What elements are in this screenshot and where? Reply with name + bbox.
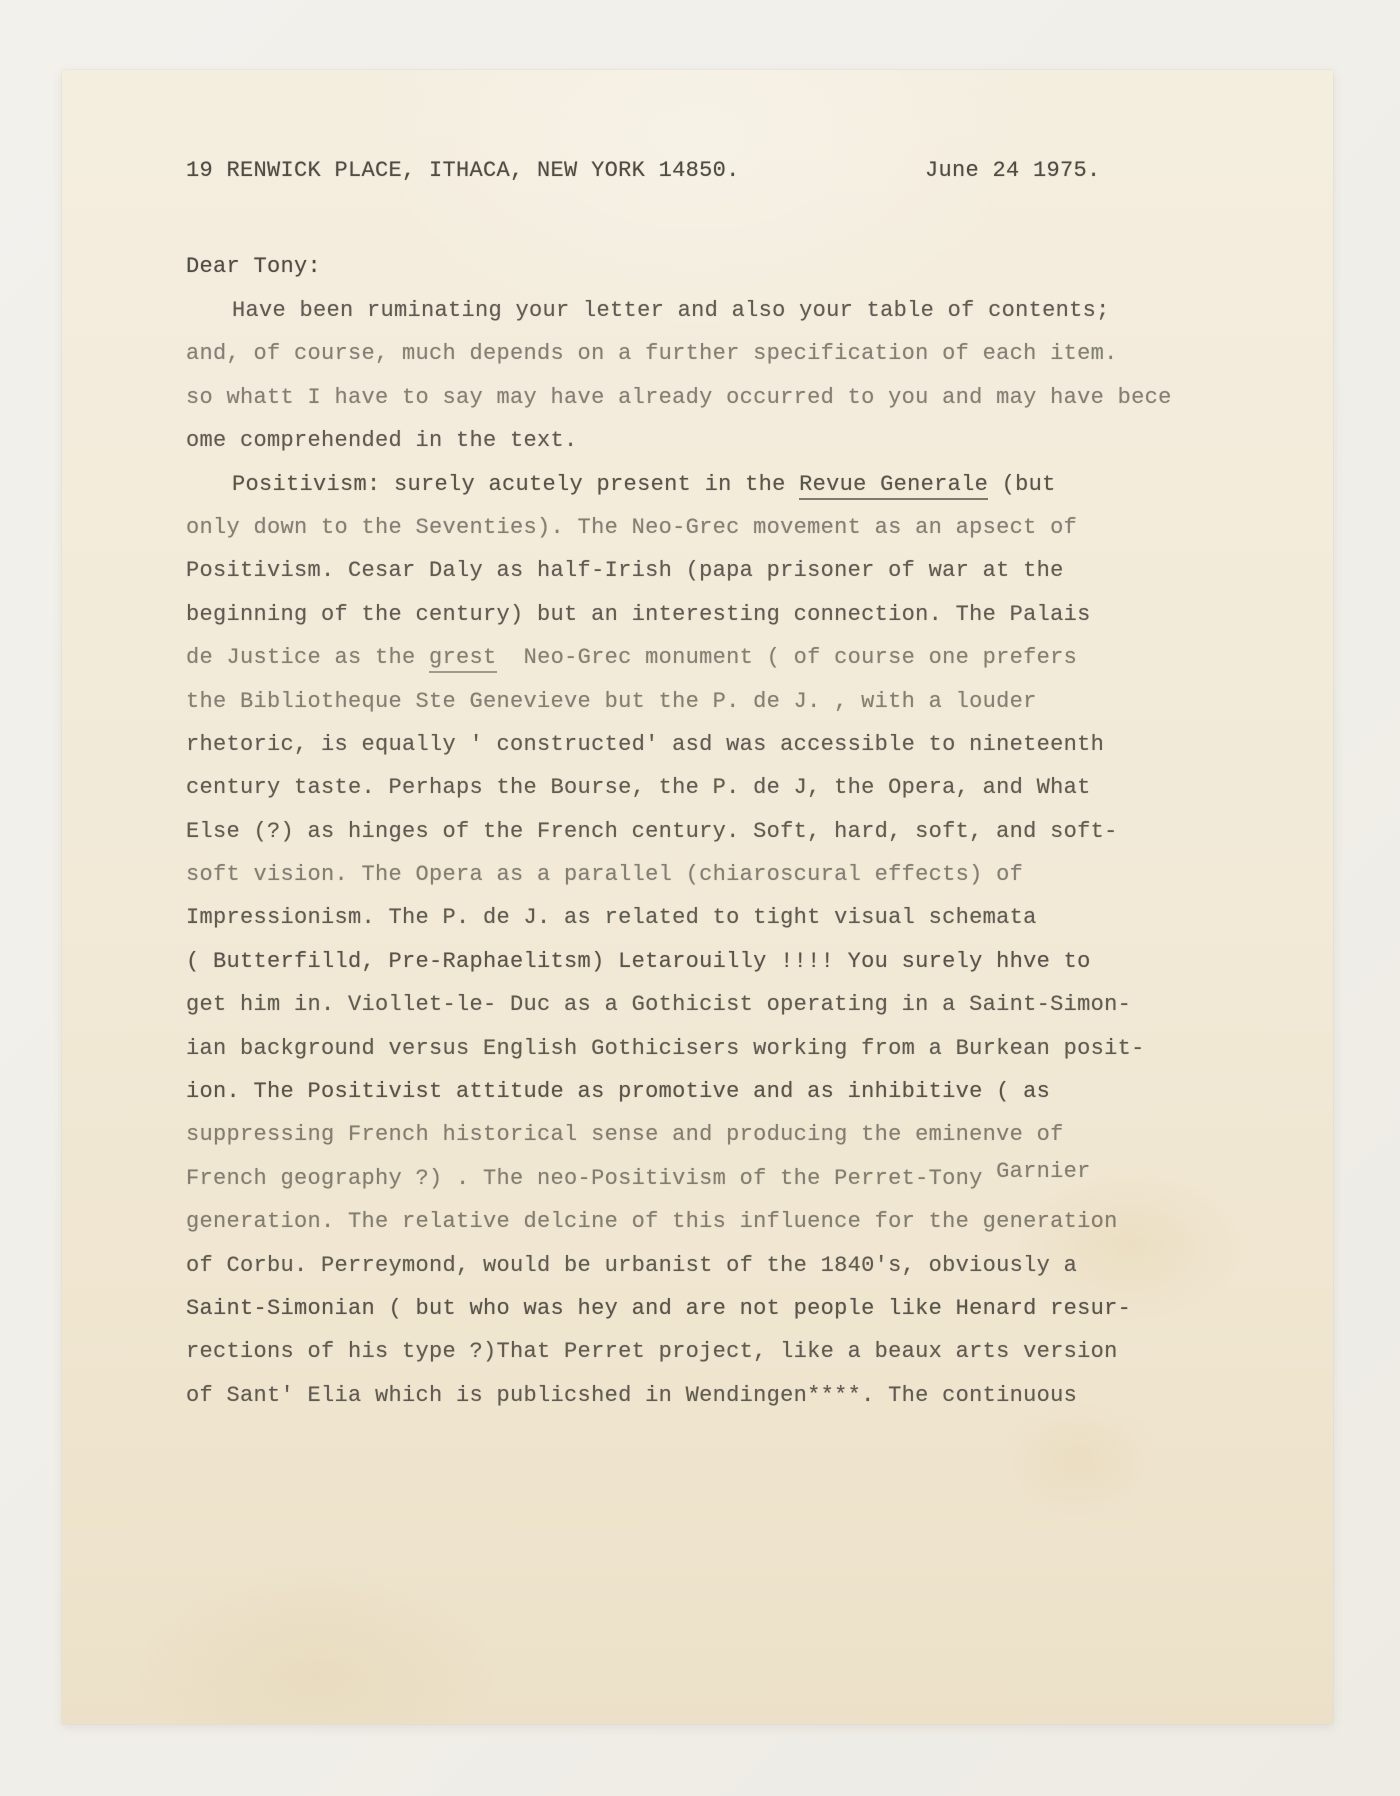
letter-line: Else (?) as hinges of the French century… — [186, 819, 1266, 862]
line-text: ion. The Positivist attitude as promotiv… — [186, 1079, 1050, 1104]
line-text: (but — [988, 472, 1056, 497]
line-text: Positivism: surely acutely present in th… — [232, 472, 799, 497]
underlined-phrase: grest — [429, 645, 497, 673]
letter-line: ome comprehended in the text. — [186, 428, 1266, 471]
letter-line: generation. The relative delcine of this… — [186, 1209, 1266, 1252]
letter-line: soft vision. The Opera as a parallel (ch… — [186, 862, 1266, 905]
letter-line: so whatt I have to say may have already … — [186, 385, 1266, 428]
line-text: beginning of the century) but an interes… — [186, 602, 1091, 627]
photo-background: 19 RENWICK PLACE, ITHACA, NEW YORK 14850… — [0, 0, 1400, 1796]
line-text: of Sant' Elia which is publicshed in Wen… — [186, 1383, 1077, 1408]
letter-line: beginning of the century) but an interes… — [186, 602, 1266, 645]
letter-line: of Sant' Elia which is publicshed in Wen… — [186, 1383, 1266, 1426]
letter-line: French geography ?) . The neo-Positivism… — [186, 1166, 1266, 1209]
letter-line: rections of his type ?)That Perret proje… — [186, 1339, 1266, 1382]
letter-line: century taste. Perhaps the Bourse, the P… — [186, 775, 1266, 818]
letter-date: June 24 1975. — [925, 158, 1101, 183]
letter-line: get him in. Viollet-le- Duc as a Gothici… — [186, 992, 1266, 1035]
salutation: Dear Tony: — [186, 254, 321, 279]
letter-line: rhetoric, is equally ' constructed' asd … — [186, 732, 1266, 775]
line-text: ian background versus English Gothiciser… — [186, 1036, 1145, 1061]
line-text: and, of course, much depends on a furthe… — [186, 341, 1118, 366]
letter-line: and, of course, much depends on a furthe… — [186, 341, 1266, 384]
letter-line: suppressing French historical sense and … — [186, 1122, 1266, 1165]
underlined-phrase: Revue Generale — [799, 472, 988, 500]
line-text: ome comprehended in the text. — [186, 428, 578, 453]
letter-line: Positivism. Cesar Daly as half-Irish (pa… — [186, 558, 1266, 601]
line-text: soft vision. The Opera as a parallel (ch… — [186, 862, 1023, 887]
line-text: get him in. Viollet-le- Duc as a Gothici… — [186, 992, 1131, 1017]
line-text: French geography ?) . The neo-Positivism… — [186, 1166, 996, 1191]
letter-line: ion. The Positivist attitude as promotiv… — [186, 1079, 1266, 1122]
line-text: Neo-Grec monument ( of course one prefer… — [497, 645, 1078, 670]
letter-line: de Justice as the grest Neo-Grec monumen… — [186, 645, 1266, 688]
letter-line: Saint-Simonian ( but who was hey and are… — [186, 1296, 1266, 1339]
line-text: suppressing French historical sense and … — [186, 1122, 1064, 1147]
line-text: century taste. Perhaps the Bourse, the P… — [186, 775, 1091, 800]
letter-line: Impressionism. The P. de J. as related t… — [186, 905, 1266, 948]
line-text: Positivism. Cesar Daly as half-Irish (pa… — [186, 558, 1064, 583]
letter-body: Have been ruminating your letter and als… — [186, 298, 1266, 1426]
line-text: only down to the Seventies). The Neo-Gre… — [186, 515, 1077, 540]
line-text: Have been ruminating your letter and als… — [232, 298, 1110, 323]
letter-line: ian background versus English Gothiciser… — [186, 1036, 1266, 1079]
line-text: Saint-Simonian ( but who was hey and are… — [186, 1296, 1131, 1321]
letter-line: the Bibliotheque Ste Genevieve but the P… — [186, 689, 1266, 732]
line-text: generation. The relative delcine of this… — [186, 1209, 1118, 1234]
letter-line: only down to the Seventies). The Neo-Gre… — [186, 515, 1266, 558]
letter-page: 19 RENWICK PLACE, ITHACA, NEW YORK 14850… — [62, 70, 1333, 1724]
line-text: rections of his type ?)That Perret proje… — [186, 1339, 1118, 1364]
line-text: de Justice as the — [186, 645, 429, 670]
line-text: rhetoric, is equally ' constructed' asd … — [186, 732, 1104, 757]
sender-address: 19 RENWICK PLACE, ITHACA, NEW YORK 14850… — [186, 158, 740, 183]
line-text: ( Butterfilld, Pre-Raphaelitsm) Letaroui… — [186, 949, 1091, 974]
letter-line: Positivism: surely acutely present in th… — [186, 472, 1266, 515]
letter-line: Have been ruminating your letter and als… — [186, 298, 1266, 341]
line-text: so whatt I have to say may have already … — [186, 385, 1172, 410]
line-text: Impressionism. The P. de J. as related t… — [186, 905, 1037, 930]
line-text: of Corbu. Perreymond, would be urbanist … — [186, 1253, 1077, 1278]
raised-text: Garnier — [996, 1159, 1091, 1184]
line-text: Else (?) as hinges of the French century… — [186, 819, 1118, 844]
letter-line: of Corbu. Perreymond, would be urbanist … — [186, 1253, 1266, 1296]
letter-line: ( Butterfilld, Pre-Raphaelitsm) Letaroui… — [186, 949, 1266, 992]
line-text: the Bibliotheque Ste Genevieve but the P… — [186, 689, 1037, 714]
